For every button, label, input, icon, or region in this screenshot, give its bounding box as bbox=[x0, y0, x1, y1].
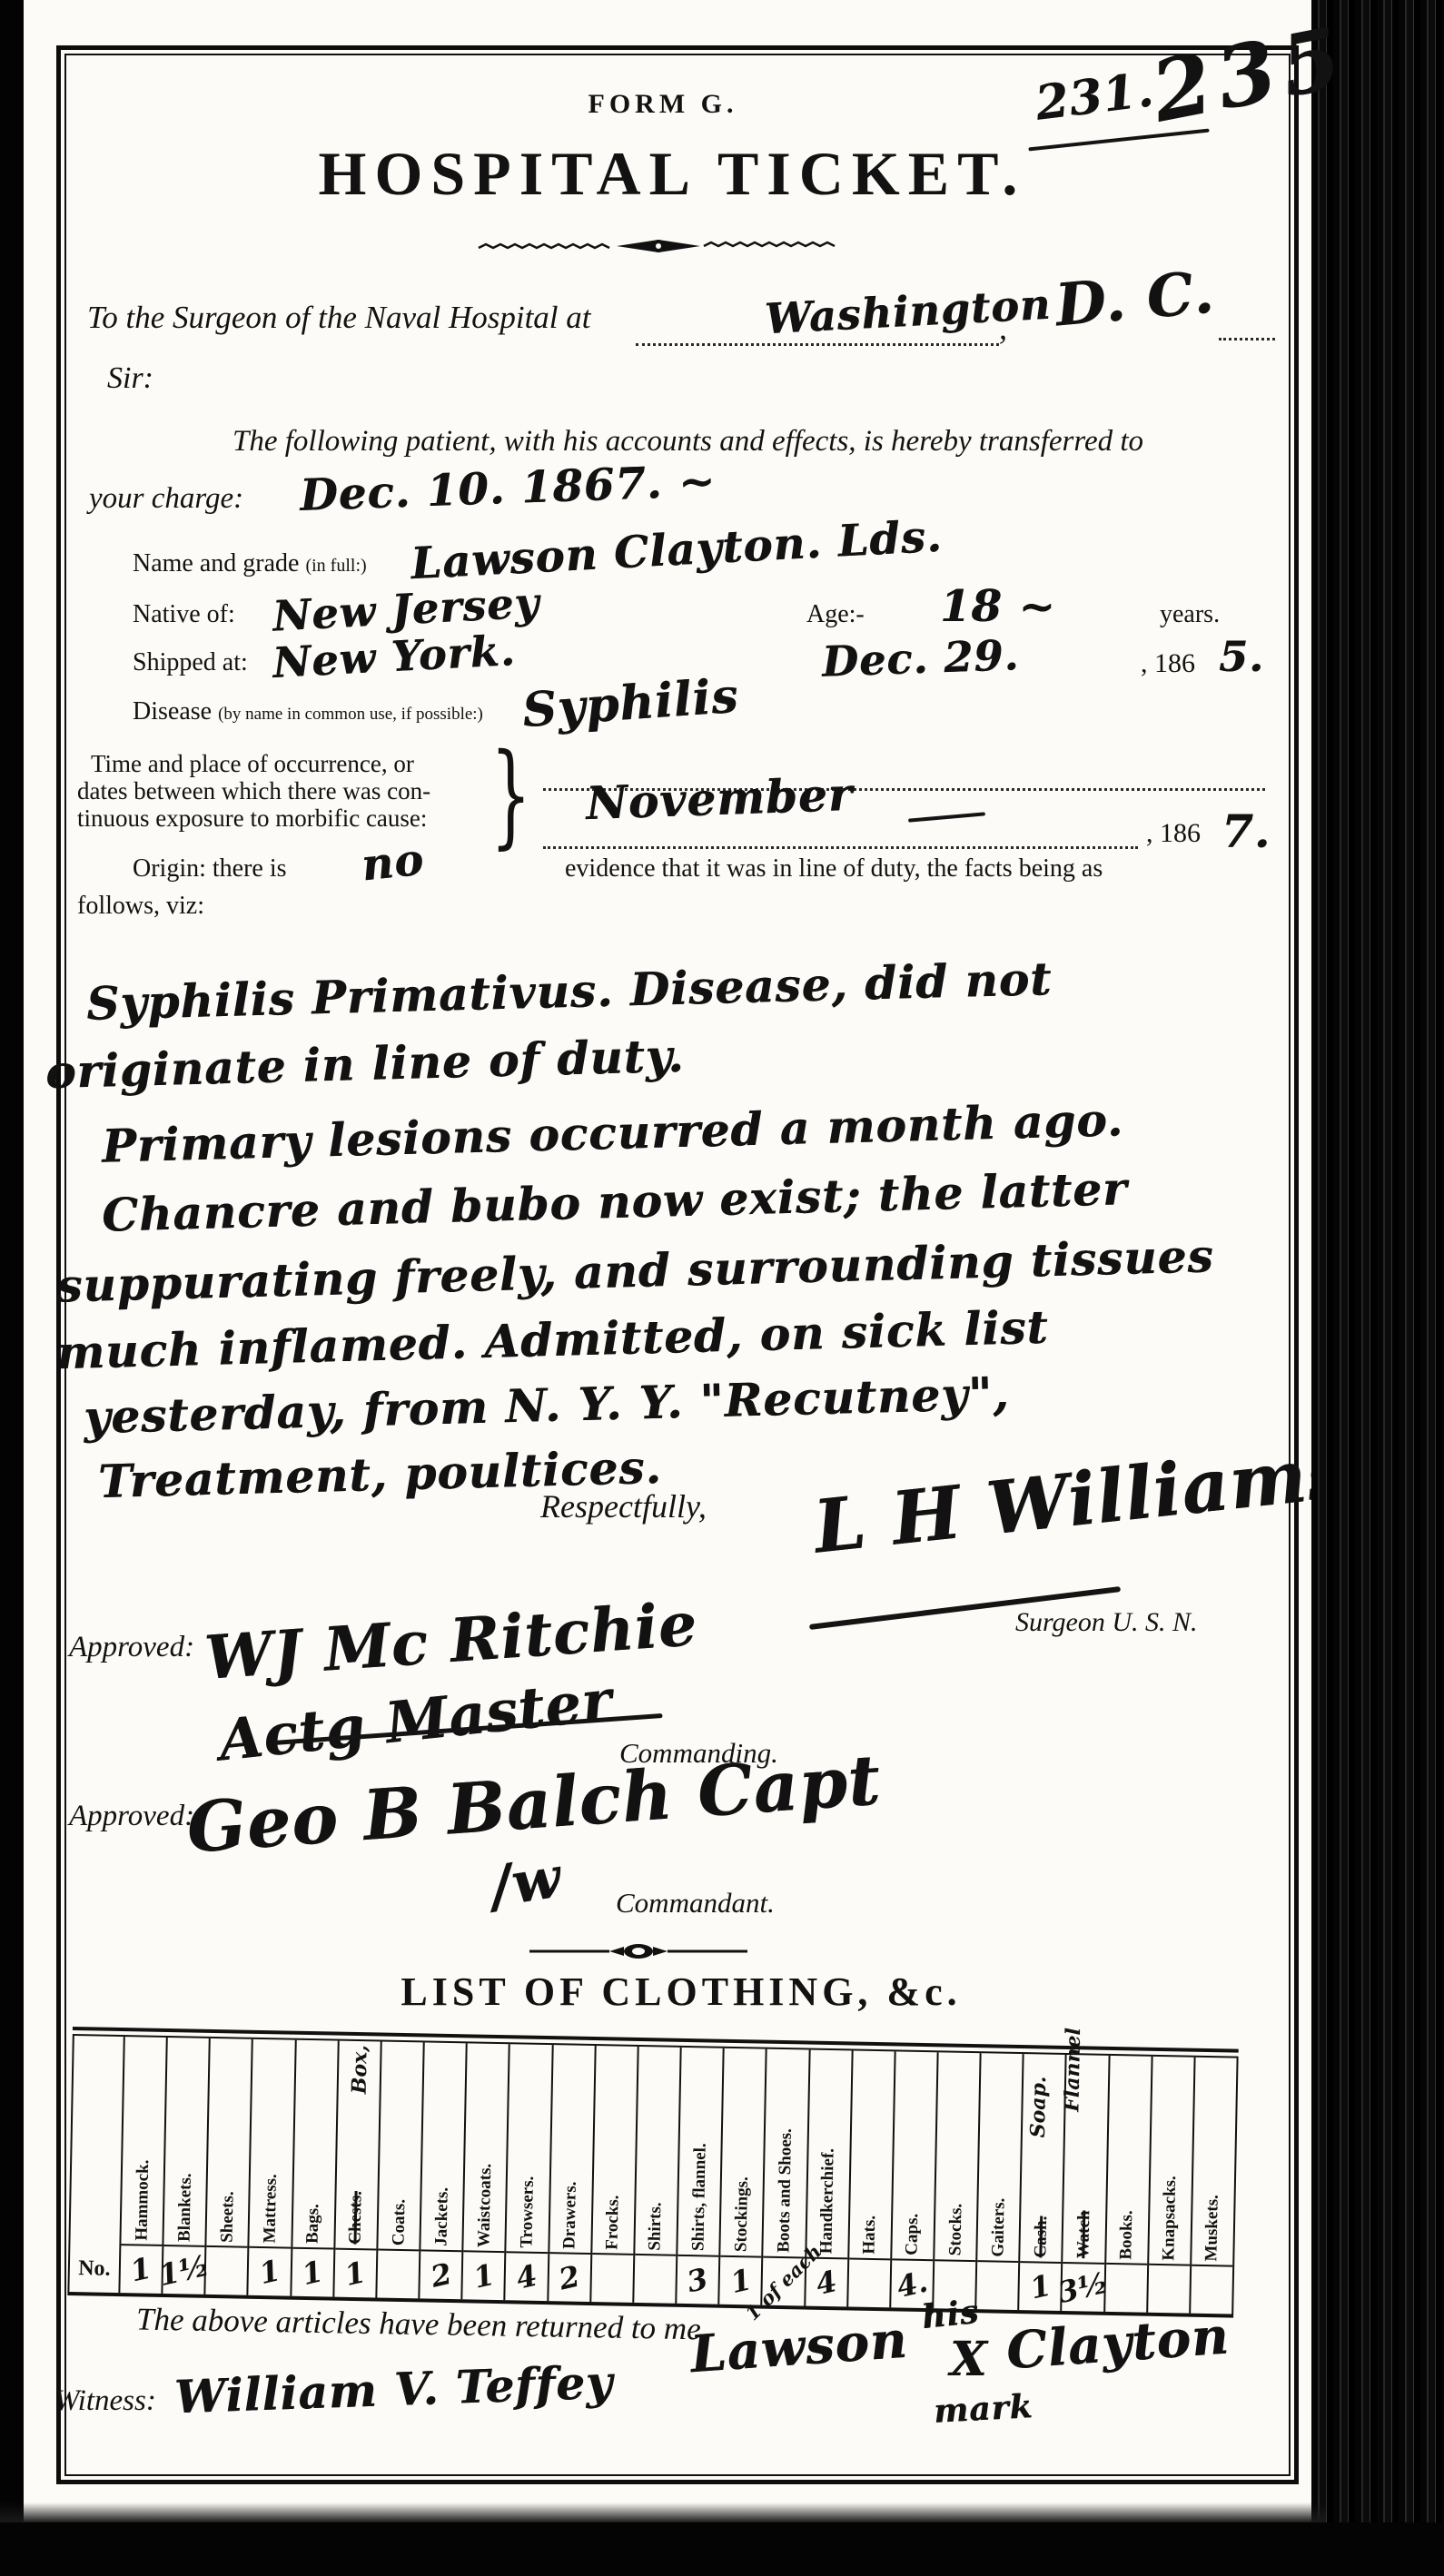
clothing-column-correction: Box, bbox=[347, 2045, 371, 2095]
clothing-column-value: 1 bbox=[334, 2248, 376, 2298]
clothing-column-header: Jackets. bbox=[420, 2042, 466, 2250]
x-mark: X bbox=[950, 2332, 987, 2387]
clothing-column-value: 3 bbox=[677, 2255, 718, 2305]
clothing-column-header: Sheets. bbox=[207, 2038, 252, 2246]
clothing-column-header: Stocks. bbox=[935, 2052, 980, 2260]
occurrence-line2: dates between which there was con- bbox=[77, 777, 430, 805]
clothing-column-header: Mattress. bbox=[250, 2039, 295, 2247]
clothing-column: Shirts. bbox=[634, 2047, 682, 2304]
clothing-column-value bbox=[976, 2260, 1018, 2310]
clothing-table: No. Hammock.1Blankets.1½Sheets.Mattress.… bbox=[67, 2027, 1238, 2318]
clothing-column-header: Muskets. bbox=[1192, 2058, 1237, 2265]
clothing-column: Stocks. bbox=[934, 2052, 982, 2309]
occurrence-rule-2 bbox=[543, 846, 1138, 849]
clothing-column-label: Shirts. bbox=[646, 2202, 667, 2251]
years-label: years. bbox=[1160, 600, 1220, 629]
address-state: D. C. bbox=[1053, 259, 1217, 341]
disease-label-main: Disease bbox=[133, 697, 212, 725]
clothing-column: Sheets. bbox=[206, 2038, 254, 2295]
clothing-column: Knapsacks. bbox=[1148, 2057, 1196, 2314]
clothing-column-label: Books. bbox=[1116, 2210, 1137, 2260]
clothing-column-header: Hats. bbox=[849, 2051, 895, 2259]
clothing-column-label: Jackets. bbox=[431, 2187, 452, 2246]
shipped-label: Shipped at: bbox=[133, 648, 248, 677]
clothing-column-label: Blankets. bbox=[174, 2173, 195, 2242]
clothing-column: Trowsers.4 bbox=[506, 2044, 554, 2301]
clothing-column: Blankets.1½ bbox=[163, 2038, 212, 2295]
form-label: FORM G. bbox=[490, 89, 836, 120]
clothing-column-header: Handkerchief. bbox=[806, 2050, 852, 2258]
disease-label-paren: (by name in common use, if possible:) bbox=[218, 705, 483, 724]
clothing-column-label: Drawers. bbox=[560, 2181, 581, 2249]
clothing-column-label: Boots and Shoes. bbox=[774, 2128, 796, 2253]
clothing-column-value bbox=[634, 2254, 676, 2304]
section-divider bbox=[529, 1943, 747, 1964]
clothing-column: Chests.Box,1 bbox=[334, 2041, 382, 2298]
clothing-column-label: Frocks. bbox=[603, 2195, 624, 2250]
clothing-column-header: Cash.Soap. bbox=[1021, 2054, 1066, 2262]
clothing-column-header: Bags. bbox=[292, 2040, 338, 2248]
clothing-column-label: Gaiters. bbox=[988, 2198, 1009, 2257]
shipped-year-printed: , 186 bbox=[1141, 648, 1195, 679]
shipped-date: Dec. 29. bbox=[821, 630, 1020, 686]
clothing-column-header: Blankets. bbox=[164, 2038, 210, 2245]
clothing-column-value: 1 of each bbox=[763, 2256, 805, 2306]
scan-left-edge bbox=[0, 0, 24, 2576]
intro-line1: The following patient, with his accounts… bbox=[232, 425, 1143, 459]
age-label: Age:- bbox=[806, 600, 865, 629]
clothing-column-label: Bags. bbox=[303, 2204, 324, 2244]
clothing-column-correction: Soap. bbox=[1026, 2076, 1051, 2137]
clothing-column: Hats. bbox=[848, 2051, 896, 2308]
clothing-table-grid: No. Hammock.1Blankets.1½Sheets.Mattress.… bbox=[67, 2034, 1238, 2318]
clothing-table-outer-rule: No. Hammock.1Blankets.1½Sheets.Mattress.… bbox=[67, 2027, 1238, 2318]
clothing-column-label: Knapsacks. bbox=[1160, 2176, 1182, 2261]
clothing-column-value: 1 bbox=[120, 2244, 162, 2294]
scanned-document: 231. 235 FORM G. HOSPITAL TICKET. To the… bbox=[0, 0, 1444, 2576]
occurrence-value: November bbox=[585, 767, 854, 830]
clothing-column-label: Caps. bbox=[903, 2214, 924, 2255]
clothing-column-label: Hammock. bbox=[132, 2159, 153, 2241]
native-label: Native of: bbox=[133, 600, 235, 629]
scan-bottom-edge bbox=[0, 2522, 1444, 2576]
clothing-column: Muskets. bbox=[1191, 2058, 1237, 2314]
disease-label: Disease (by name in common use, if possi… bbox=[133, 697, 483, 726]
address-comma: , bbox=[999, 309, 1007, 347]
clothing-column-header: Knapsacks. bbox=[1149, 2057, 1194, 2265]
witness-label: Witness: bbox=[54, 2384, 156, 2418]
surgeon-title: Surgeon U. S. N. bbox=[1015, 1607, 1198, 1638]
clothing-column: Books. bbox=[1105, 2056, 1153, 2313]
clothing-column-header: Frocks. bbox=[592, 2046, 638, 2254]
clothing-column: Drawers.2 bbox=[549, 2045, 597, 2302]
clothing-column-header: WatchFlannel bbox=[1063, 2055, 1109, 2263]
clothing-column: Waistcoats.1 bbox=[463, 2043, 511, 2300]
scan-bottom-shadow bbox=[0, 2502, 1326, 2522]
no-column-label: No. bbox=[69, 2036, 124, 2293]
clothing-column-label: Mattress. bbox=[261, 2174, 282, 2244]
clothing-column-value: 1 bbox=[1019, 2261, 1061, 2311]
clothing-column-label: Hats. bbox=[860, 2216, 881, 2255]
intro-line2: your charge: bbox=[89, 482, 243, 516]
clothing-column: Jackets.2 bbox=[420, 2042, 468, 2299]
occurrence-year-printed: , 186 bbox=[1146, 818, 1201, 849]
clothing-column-value bbox=[591, 2253, 633, 2303]
address-printed: To the Surgeon of the Naval Hospital at bbox=[87, 300, 591, 336]
clothing-column: Hammock.1 bbox=[120, 2037, 168, 2294]
clothing-column-header: Shirts. bbox=[635, 2047, 680, 2255]
origin-value: no bbox=[359, 834, 426, 892]
address-fill-rule bbox=[636, 343, 999, 346]
clothing-column-header: Shirts, flannel. bbox=[677, 2048, 723, 2255]
clothing-column-value bbox=[848, 2257, 890, 2307]
clothing-column-label: Coats. bbox=[389, 2199, 410, 2246]
origin-label3: follows, viz: bbox=[77, 892, 204, 921]
clothing-column-header: Boots and Shoes. bbox=[764, 2049, 809, 2257]
salutation: Sir: bbox=[107, 361, 153, 396]
clothing-column-label: Cash. bbox=[1031, 2216, 1052, 2257]
clothing-column-label: Shirts, flannel. bbox=[688, 2143, 710, 2251]
occurrence-line3: tinuous exposure to morbific cause: bbox=[77, 804, 427, 833]
his-label: his bbox=[920, 2293, 981, 2336]
clothing-column: Shirts, flannel.3 bbox=[677, 2048, 725, 2305]
clothing-column-label: Trowsers. bbox=[517, 2176, 539, 2247]
clothing-column: Caps.4. bbox=[891, 2051, 939, 2308]
clothing-column-label: Sheets. bbox=[217, 2191, 238, 2243]
clothing-column-value: 1 bbox=[292, 2247, 333, 2297]
clothing-column-header: Caps. bbox=[892, 2051, 937, 2259]
approver-signature-2-line2: /w bbox=[486, 1843, 566, 1920]
clothing-column: Handkerchief.4 bbox=[806, 2050, 854, 2307]
clothing-column-correction: Flannel bbox=[1061, 2028, 1086, 2112]
clothing-column-value bbox=[206, 2245, 248, 2295]
scan-binding-edge bbox=[1311, 0, 1444, 2576]
clothing-heading: LIST OF CLOTHING, &c. bbox=[336, 1969, 1026, 2015]
clothing-column-label: Chests. bbox=[346, 2191, 367, 2245]
name-label: Name and grade (in full:) bbox=[133, 549, 367, 578]
clothing-column: Frocks. bbox=[591, 2046, 639, 2303]
approved-label-1: Approved: bbox=[69, 1631, 194, 1664]
shipped-year-digit: 5. bbox=[1219, 632, 1264, 681]
clothing-column-value bbox=[1105, 2263, 1147, 2313]
clothing-column-header: Gaiters. bbox=[977, 2053, 1023, 2261]
clothing-column-value: 4 bbox=[506, 2251, 548, 2301]
ornamental-divider bbox=[477, 236, 858, 262]
origin-label1: Origin: there is bbox=[133, 854, 287, 883]
name-label-paren: (in full:) bbox=[305, 556, 366, 576]
page-title: HOSPITAL TICKET. bbox=[127, 138, 1217, 210]
clothing-column-header: Coats. bbox=[378, 2042, 423, 2250]
name-label-main: Name and grade bbox=[133, 549, 299, 577]
approver-title-2: Commandant. bbox=[616, 1887, 775, 1920]
clothing-column-label: Stockings. bbox=[731, 2176, 753, 2252]
clothing-column-value bbox=[377, 2249, 419, 2299]
clothing-column-value: 1 bbox=[463, 2250, 505, 2300]
occurrence-brace: } bbox=[490, 729, 531, 861]
clothing-column-value: 2 bbox=[549, 2252, 590, 2302]
clothing-column: Boots and Shoes.1 of each bbox=[763, 2049, 811, 2306]
address-trailing-rule bbox=[1219, 338, 1275, 341]
clothing-column-header: Hammock. bbox=[121, 2037, 166, 2245]
clothing-column-header: Trowsers. bbox=[507, 2044, 552, 2252]
clothing-column: Coats. bbox=[377, 2042, 425, 2299]
clothing-column-label: Waistcoats. bbox=[474, 2163, 496, 2247]
clothing-column: WatchFlannel3½ bbox=[1063, 2055, 1111, 2312]
occurrence-line1: Time and place of occurrence, or bbox=[91, 750, 414, 778]
clothing-column-header: Books. bbox=[1106, 2056, 1152, 2264]
clothing-column: Bags.1 bbox=[292, 2040, 340, 2297]
clothing-column-label: Handkerchief. bbox=[816, 2148, 838, 2255]
clothing-column-value bbox=[1148, 2264, 1190, 2314]
clothing-column: Mattress.1 bbox=[249, 2039, 297, 2296]
age-value: 18 ~ bbox=[940, 581, 1056, 632]
clothing-column-header: Chests.Box, bbox=[335, 2041, 381, 2249]
clothing-column-value: 1½ bbox=[163, 2245, 205, 2295]
mark-label: mark bbox=[933, 2387, 1034, 2431]
clothing-column-header: Stockings. bbox=[720, 2048, 766, 2256]
clothing-column-label: Stocks. bbox=[945, 2204, 966, 2256]
approved-label-2: Approved: bbox=[69, 1800, 194, 1833]
clothing-column: Stockings.1 bbox=[719, 2048, 767, 2305]
clothing-column-value: 1 bbox=[249, 2246, 291, 2296]
clothing-column-header: Drawers. bbox=[549, 2045, 595, 2253]
clothing-column-label: Watch bbox=[1073, 2210, 1094, 2258]
occurrence-year-digit: 7. bbox=[1221, 804, 1271, 858]
clothing-column: Gaiters. bbox=[976, 2053, 1024, 2310]
clothing-column-header: Waistcoats. bbox=[464, 2043, 509, 2251]
clothing-column-label: Muskets. bbox=[1202, 2195, 1223, 2262]
clothing-column-value: 2 bbox=[420, 2249, 461, 2299]
origin-label2: evidence that it was in line of duty, th… bbox=[565, 854, 1103, 883]
clothing-column-value: 3½ bbox=[1063, 2262, 1104, 2312]
